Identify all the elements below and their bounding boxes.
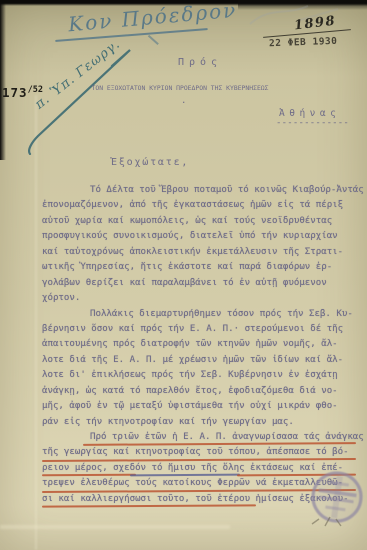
body-line-text: Τό Δέλτα τοῦ Ἕβρου ποταμοῦ τό κοινῶς Κια…: [90, 185, 364, 195]
place-dashed-underline: -------------: [276, 118, 349, 128]
body-line-text: ἀνάγκῃ, ὡς κατά τό παρελθόν ἔτος, ἐφοδια…: [42, 386, 338, 396]
body-line-text: μῆς, ἀφοῦ ἐν τῷ μεταξύ ὑφιστάμεθα τήν οὐ…: [42, 401, 338, 411]
body-line-text: τρεψεν ἐλευθέρως τούς κατοίκους Φερρῶν ν…: [42, 478, 343, 488]
body-line: χόρτον.: [42, 291, 356, 306]
body-line-text: Πολλάκις διεμαρτυρήθημεν τόσον πρός τήν …: [90, 309, 353, 319]
salutation: Ἐξοχώτατε,: [111, 157, 189, 168]
body-line: Πρό τριῶν ἐτῶν ἡ Ε. Α. Π. ἀναγνωρίσασα τ…: [42, 430, 356, 445]
pen-underline-red: [42, 505, 256, 508]
body-line-text: βέρνησιν ὅσον καί πρός τήν Ε. Α. Π.· στε…: [42, 324, 343, 334]
body-line-text: προσφυγικούς συνοικισμούς, διατελεῖ ὑπό …: [42, 231, 338, 241]
body-line: αὐτοῦ χωρία καί κωμοπόλεις, ὡς καί τούς …: [42, 214, 356, 229]
to-label: Πρός: [178, 57, 222, 68]
body-line-text: ἐπονομαζόμενον, ἀπό τῆς ἐγκαταστάσεως ἡμ…: [42, 200, 343, 210]
faint-pencil-marks-icon: [308, 512, 350, 530]
typed-period-mark: .: [181, 96, 186, 106]
body-line-text: καί ταὐτοχρόνως ἀποκλειστικήν ἐκμετάλλευ…: [42, 247, 343, 257]
body-text: Τό Δέλτα τοῦ Ἕβρου ποταμοῦ τό κοινῶς Κια…: [42, 183, 356, 507]
body-line: ἐπονομαζόμενον, ἀπό τῆς ἐγκαταστάσεως ἡμ…: [42, 198, 356, 213]
body-line-text: λοτε διά τῆς Ε. Α. Π. μέ χρέωσιν ἡμῶν τῶ…: [42, 355, 343, 365]
body-line-text: ἀπαιτουμένης πρός διατροφήν τῶν κτηνῶν ἡ…: [42, 339, 338, 349]
body-line: Τό Δέλτα τοῦ Ἕβρου ποταμοῦ τό κοινῶς Κια…: [42, 183, 356, 198]
handwritten-flourish-stroke: [8, 40, 148, 155]
body-line: βέρνησιν ὅσον καί πρός τήν Ε. Α. Π.· στε…: [42, 322, 356, 337]
body-line: ἀνάγκῃ, ὡς κατά τό παρελθόν ἔτος, ἐφοδια…: [42, 384, 356, 399]
body-line-text: ωτικῆς Ὑπηρεσίας, ἥτις ἑκάστοτε καί παρά…: [42, 262, 332, 272]
body-line: ράν εἰς τήν κτηνοτροφίαν καί τήν γεωργία…: [42, 415, 356, 430]
body-line-text: γολάβων θερίζει καί παραλαμβάνει τό ἐν α…: [42, 278, 327, 288]
body-line-text: ράν εἰς τήν κτηνοτροφίαν καί τήν γεωργία…: [42, 417, 294, 427]
body-line-text: αὐτοῦ χωρία καί κωμοπόλεις, ὡς καί τούς …: [42, 216, 332, 226]
body-line: τῆς γεωργίας καί κτηνοτροφίας τοῦ τόπου,…: [42, 445, 356, 460]
paper-crease-horizontal: [0, 525, 230, 529]
body-line: γολάβων θερίζει καί παραλαμβάνει τό ἐν α…: [42, 276, 356, 291]
body-line-text: χόρτον.: [42, 293, 80, 303]
body-line-text: σι καί καλλιεργήσωσι τοῦτο, τοῦ ἑτέρου ἡ…: [42, 494, 349, 504]
addressee-line: ΤΟΝ ΕΞΟΧΩΤΑΤΟΝ ΚΥΡΙΟΝ ΠΡΟΕΔΡΟΝ ΤΗΣ ΚΥΒΕΡ…: [0, 84, 360, 92]
body-line: λοτε διά τῆς Ε. Α. Π. μέ χρέωσιν ἡμῶν τῶ…: [42, 353, 356, 368]
body-line: καί ταὐτοχρόνως ἀποκλειστικήν ἐκμετάλλευ…: [42, 245, 356, 260]
body-line: μῆς, ἀφοῦ ἐν τῷ μεταξύ ὑφιστάμεθα τήν οὐ…: [42, 399, 356, 414]
body-line-text: τῆς γεωργίας καί κτηνοτροφίας τοῦ τόπου,…: [42, 447, 349, 457]
paragraph: Πολλάκις διεμαρτυρήθημεν τόσον πρός τήν …: [42, 307, 356, 431]
body-line-text: ρειον μέρος, σχεδόν τό ἥμισυ τῆς ὅλης ἐκ…: [42, 463, 343, 473]
body-line: Πολλάκις διεμαρτυρήθημεν τόσον πρός τήν …: [42, 307, 356, 322]
handwritten-underline-tail: [148, 35, 159, 45]
body-line: προσφυγικούς συνοικισμούς, διατελεῖ ὑπό …: [42, 229, 356, 244]
paper-crease-vertical: [35, 95, 37, 550]
body-line: ωτικῆς Ὑπηρεσίας, ἥτις ἑκάστοτε καί παρά…: [42, 260, 356, 275]
date-stamp: 22 ΦΕΒ 1930: [269, 36, 338, 49]
paragraph: Τό Δέλτα τοῦ Ἕβρου ποταμοῦ τό κοινῶς Κια…: [42, 183, 356, 307]
body-line-text: λοτε δι' ἐπικλήσεως πρός τήν Σεβ. Κυβέρν…: [42, 370, 338, 380]
body-line-text: Πρό τριῶν ἐτῶν ἡ Ε. Α. Π. ἀναγνωρίσασα τ…: [90, 432, 364, 442]
document-page: Κον Πρόεδρον 1898 22 ΦΕΒ 1930 173/52 π. …: [0, 0, 367, 550]
body-line: ἀπαιτουμένης πρός διατροφήν τῶν κτηνῶν ἡ…: [42, 337, 356, 352]
body-line: λοτε δι' ἐπικλήσεως πρός τήν Σεβ. Κυβέρν…: [42, 368, 356, 383]
scan-edge-left: [0, 0, 6, 160]
